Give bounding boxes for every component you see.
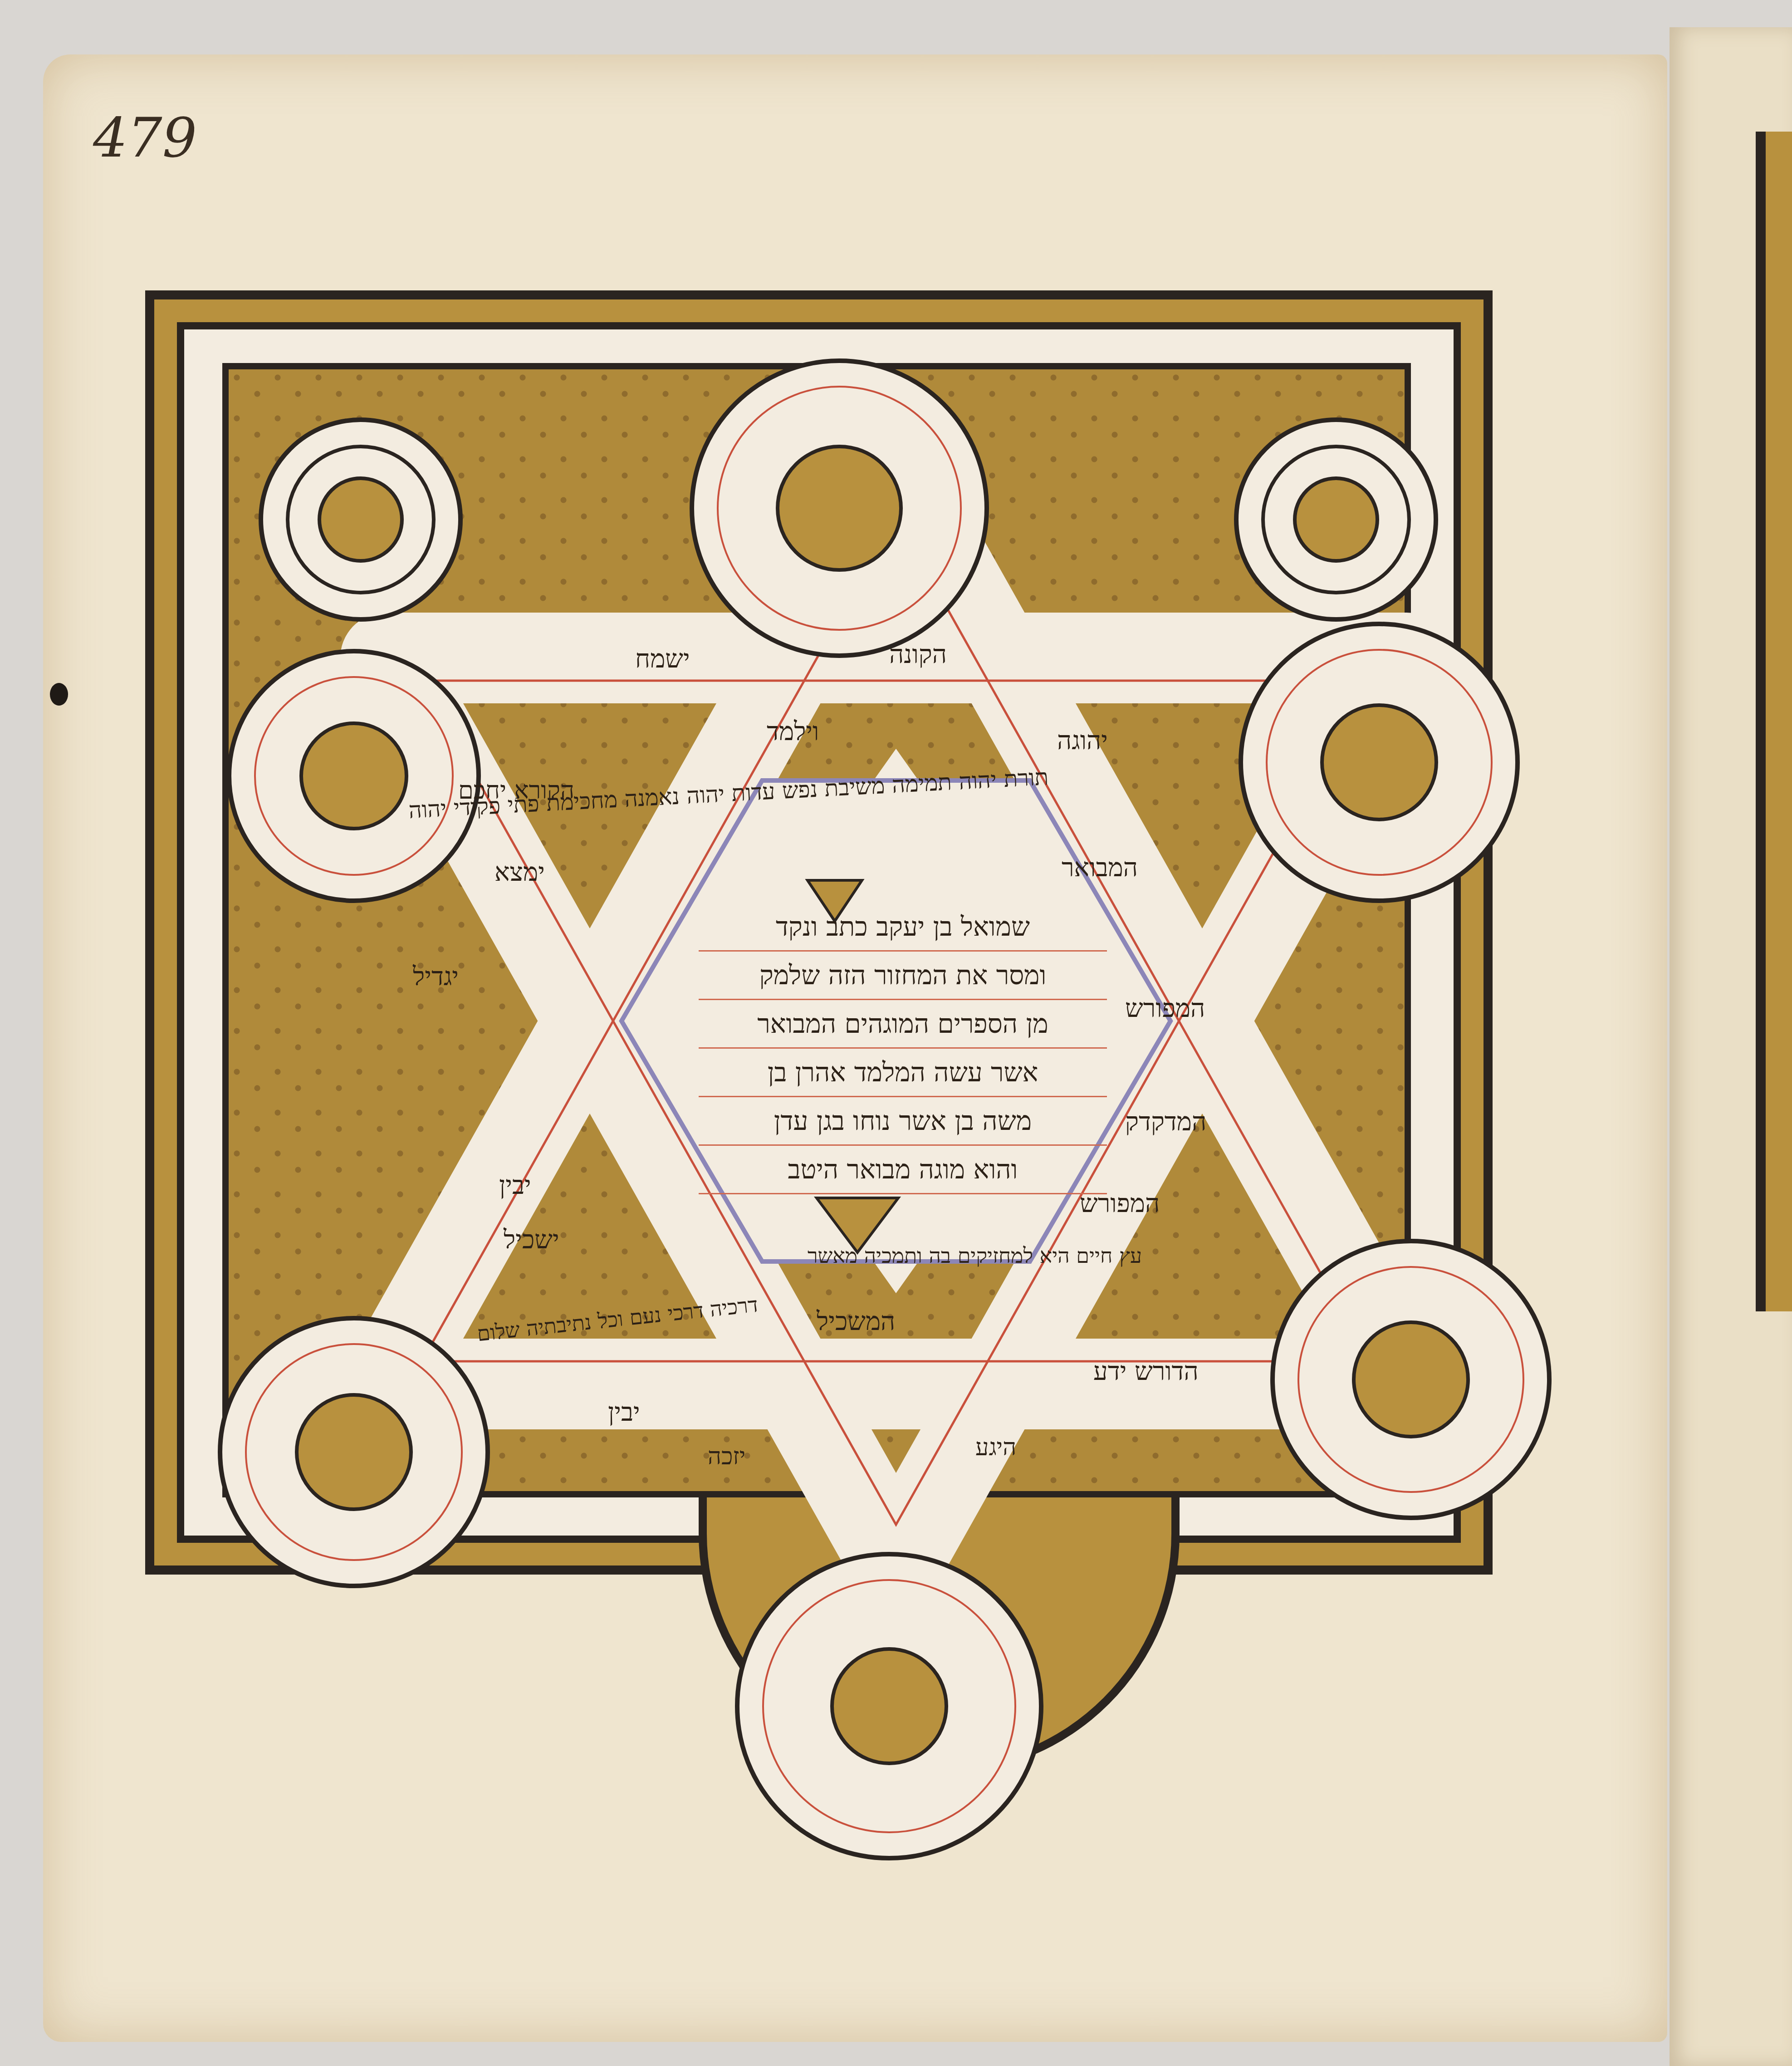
- medallion-top-left-corner: [259, 417, 463, 622]
- label-yimtza: ימצא: [495, 858, 545, 887]
- label-hakore-yechkam: הקורא יחכם: [458, 776, 574, 805]
- label-hamaskil: המשכיל: [817, 1307, 895, 1336]
- label-yavin: יבין: [499, 1171, 531, 1200]
- medallion-bottom-center: [735, 1552, 1043, 1860]
- label-hameforash: המפורש: [1125, 994, 1205, 1023]
- medallion-top-right-corner: [1234, 417, 1438, 622]
- label-yagdil: יגדיל: [413, 962, 459, 991]
- label-hamedakdek: המדקדק: [1125, 1107, 1206, 1137]
- colophon-line: והוא מוגה מבואר היטב: [699, 1146, 1107, 1194]
- central-colophon: שמואל בן יעקב כתב ונקד ומסר את המחזור הז…: [699, 903, 1107, 1194]
- label-yizkeh: יזכה: [708, 1443, 745, 1470]
- medallion-left-upper: [227, 649, 481, 903]
- colophon-line: ומסר את המחזור הזה שלמק: [699, 952, 1107, 1000]
- label-yaskil: ישכיל: [504, 1225, 559, 1255]
- medallion-right-lower: [1270, 1239, 1552, 1520]
- label-hayagea: היגע: [975, 1434, 1016, 1461]
- label-yavin-2: יבין: [608, 1398, 640, 1427]
- medallion-left-lower: [218, 1316, 490, 1588]
- label-hameforash-2: המפורש: [1080, 1189, 1160, 1218]
- colophon-line: משה בן אשר נוחו בגן עדן: [699, 1097, 1107, 1146]
- colophon-line: אשר עשה המלמד אהרן בן: [699, 1049, 1107, 1097]
- label-hadoresh-yeda: הדורש ידע: [1093, 1357, 1199, 1386]
- label-yismach: ישמח: [635, 644, 690, 674]
- colophon-line: מן הספרים המוגהים המבואר: [699, 1000, 1107, 1049]
- label-hamevoar: המבואר: [1062, 853, 1138, 883]
- medallion-right-upper: [1239, 622, 1520, 903]
- label-hahogeh: יהוגה: [1057, 726, 1108, 756]
- colophon-line: שמואל בן יעקב כתב ונקד: [699, 903, 1107, 952]
- label-hakoneh: הקונה: [889, 640, 947, 669]
- label-vilmad: וילמד: [767, 717, 819, 746]
- band-text-lower-right: עץ חיים היא למחזיקים בה ותמכיה מאשר: [808, 1243, 1142, 1268]
- medallion-top-center: [690, 358, 989, 658]
